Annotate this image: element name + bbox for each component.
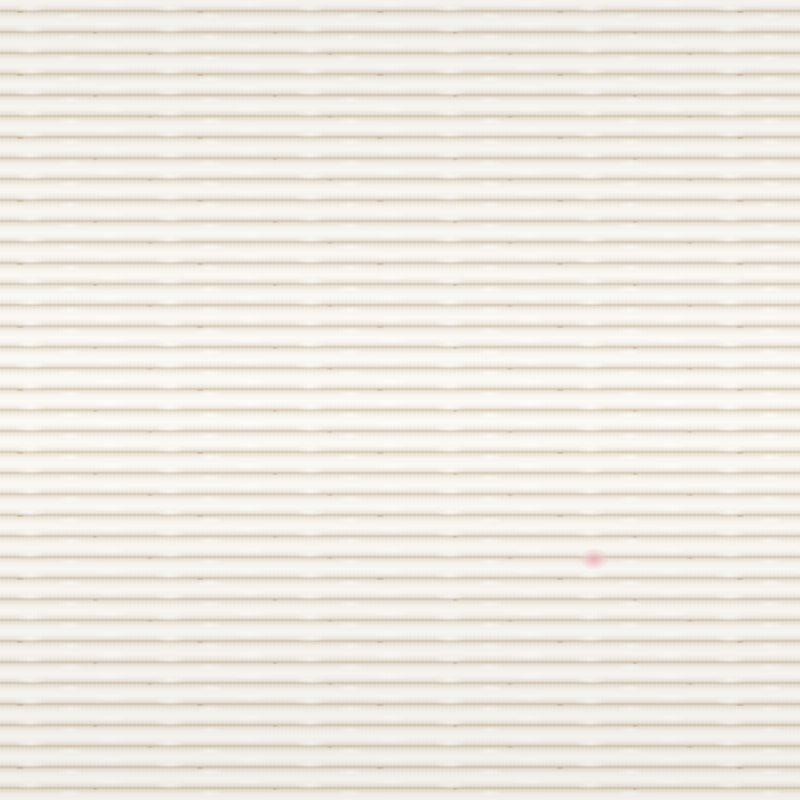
lighting-shade [0,0,800,800]
pink-fleck [580,548,608,570]
fabric-texture-photo [0,0,800,800]
